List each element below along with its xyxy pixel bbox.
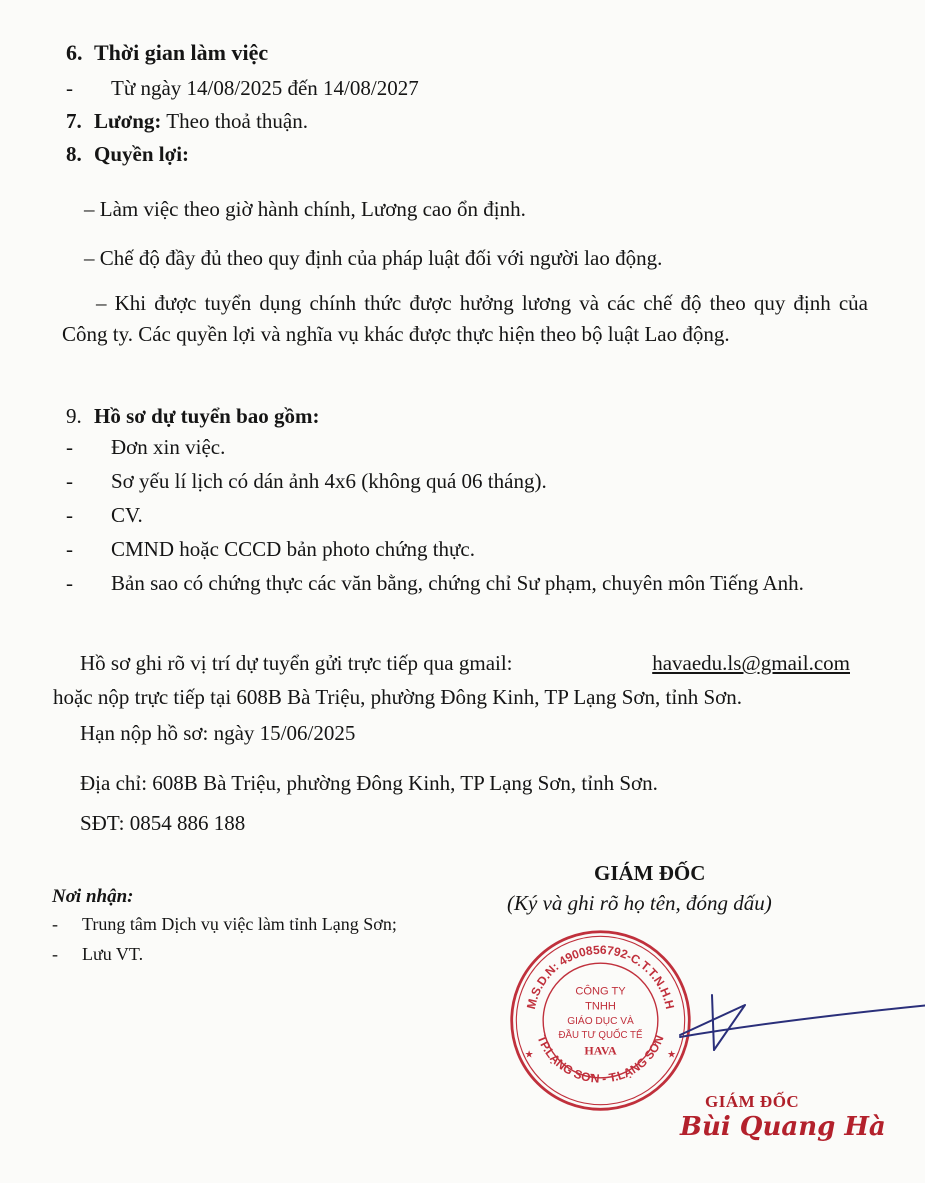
benefit-item: – Làm việc theo giờ hành chính, Lương ca… bbox=[84, 196, 526, 222]
document-item: -Bản sao có chứng thực các văn bằng, chứ… bbox=[66, 570, 861, 599]
bullet-dash: - bbox=[52, 942, 82, 966]
stamp-line: ĐẦU TƯ QUỐC TẾ bbox=[559, 1029, 643, 1041]
bullet-dash: - bbox=[66, 502, 111, 528]
section-number: 7. bbox=[66, 108, 94, 134]
director-title: GIÁM ĐỐC bbox=[594, 860, 705, 886]
bullet-dash: - bbox=[66, 570, 111, 599]
bullet-dash: - bbox=[52, 912, 82, 936]
recipient-text: Lưu VT. bbox=[82, 944, 143, 964]
document-page: 6.Thời gian làm việc -Từ ngày 14/08/2025… bbox=[0, 0, 925, 1183]
benefit-item: – Khi được tuyển dụng chính thức được hư… bbox=[62, 288, 868, 350]
deadline: Hạn nộp hồ sơ: ngày 15/06/2025 bbox=[80, 720, 355, 746]
bullet-dash: - bbox=[66, 536, 111, 562]
recipient-item: -Trung tâm Dịch vụ việc làm tỉnh Lạng Sơ… bbox=[52, 912, 397, 936]
recipient-item: -Lưu VT. bbox=[52, 942, 143, 966]
section-title: Lương: bbox=[94, 109, 161, 133]
signature-note: (Ký và ghi rõ họ tên, đóng dấu) bbox=[507, 890, 772, 916]
document-item: -CMND hoặc CCCD bản photo chứng thực. bbox=[66, 536, 475, 562]
stamp-line: CÔNG TY bbox=[575, 985, 626, 998]
document-item-text: CMND hoặc CCCD bản photo chứng thực. bbox=[111, 537, 475, 561]
stamp-line: GIÁO DỤC VÀ bbox=[567, 1014, 634, 1027]
section-title: Thời gian làm việc bbox=[94, 40, 268, 65]
section-title: Quyền lợi: bbox=[94, 142, 189, 166]
svg-text:★: ★ bbox=[525, 1050, 534, 1061]
address: Địa chỉ: 608B Bà Triệu, phường Đông Kinh… bbox=[80, 770, 658, 796]
document-item-text: Bản sao có chứng thực các văn bằng, chứn… bbox=[111, 567, 861, 599]
work-period: -Từ ngày 14/08/2025 đến 14/08/2027 bbox=[66, 75, 419, 101]
document-item: -Sơ yếu lí lịch có dán ảnh 4x6 (không qu… bbox=[66, 468, 547, 494]
document-item-text: Đơn xin việc. bbox=[111, 435, 225, 459]
section-6-heading: 6.Thời gian làm việc bbox=[66, 40, 268, 66]
section-number: 6. bbox=[66, 40, 94, 66]
phone: SĐT: 0854 886 188 bbox=[80, 810, 245, 836]
work-period-text: Từ ngày 14/08/2025 đến 14/08/2027 bbox=[111, 76, 419, 100]
benefit-item: – Chế độ đầy đủ theo quy định của pháp l… bbox=[84, 245, 662, 271]
document-item: -CV. bbox=[66, 502, 143, 528]
bullet-dash: - bbox=[66, 434, 111, 460]
section-number: 9. bbox=[66, 403, 94, 429]
document-item-text: CV. bbox=[111, 503, 143, 527]
section-8-heading: 8.Quyền lợi: bbox=[66, 141, 189, 167]
submission-text: Hồ sơ ghi rõ vị trí dự tuyển gửi trực ti… bbox=[80, 650, 513, 676]
recipient-text: Trung tâm Dịch vụ việc làm tỉnh Lạng Sơn… bbox=[82, 914, 397, 934]
document-item-text: Sơ yếu lí lịch có dán ảnh 4x6 (không quá… bbox=[111, 469, 547, 493]
stamp-line: HAVA bbox=[584, 1044, 617, 1058]
section-number: 8. bbox=[66, 141, 94, 167]
submission-address: hoặc nộp trực tiếp tại 608B Bà Triệu, ph… bbox=[53, 684, 742, 710]
submission-line: Hồ sơ ghi rõ vị trí dự tuyển gửi trực ti… bbox=[80, 650, 850, 676]
document-item: -Đơn xin việc. bbox=[66, 434, 225, 460]
bullet-dash: - bbox=[66, 468, 111, 494]
signer-title: GIÁM ĐỐC bbox=[705, 1092, 799, 1112]
section-9-heading: 9.Hồ sơ dự tuyển bao gồm: bbox=[66, 403, 320, 429]
email-link[interactable]: havaedu.ls@gmail.com bbox=[652, 650, 850, 676]
signer-name: Bùi Quang Hà bbox=[680, 1112, 886, 1142]
section-title: Hồ sơ dự tuyển bao gồm: bbox=[94, 404, 320, 428]
recipients-label: Nơi nhận: bbox=[52, 885, 133, 909]
section-7-salary: 7.Lương: Theo thoả thuận. bbox=[66, 108, 308, 134]
bullet-dash: - bbox=[66, 75, 111, 101]
salary-value: Theo thoả thuận. bbox=[161, 109, 308, 133]
stamp-line: TNHH bbox=[585, 1000, 616, 1012]
handwritten-signature-icon bbox=[640, 975, 925, 1070]
